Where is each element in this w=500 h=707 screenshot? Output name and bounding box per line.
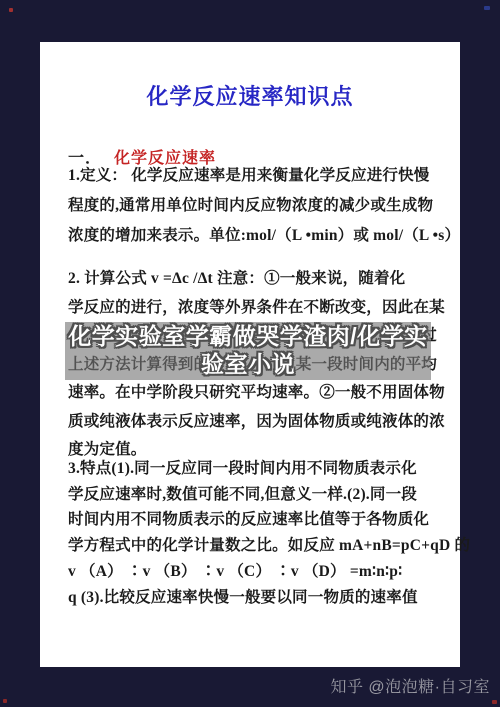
document-title: 化学反应速率知识点 [40,84,460,110]
body-line: 学反应速率时,数值可能不同,但意义一样.(2).同一段 [68,482,437,508]
corner-artifact [3,699,7,703]
body-line: q (3).比较反应速率快慢一般要以同一物质的速率值 [68,585,437,611]
corner-artifact [492,700,497,704]
body-line: v （A） ∶v （B） ∶v （C） ∶v （D） =m∶n∶p∶ [68,559,437,585]
body-line: 时间内用不同物质表示的反应速率比值等于各物质化 [68,507,437,533]
corner-artifact [9,8,13,12]
body-line: 3.特点(1).同一反应同一段时间内用不同物质表示化 [68,456,437,482]
paragraph-definition: 1.定义： 化学反应速率是用来衡量化学反应进行快慢 程度的,通常用单位时间内反应… [68,161,437,251]
watermark-overlay-text: 化学实验室学霸做哭学渣肉/化学实 验室小说 [58,322,438,378]
body-line: 2. 计算公式 v =Δc /Δt 注意：①一般来说，随着化 [68,265,437,294]
body-line: 学方程式中的化学计量数之比。如反应 mA+nB=pC+qD 的 [68,533,437,559]
body-line: 浓度的增加来表示。单位:mol/（L •min）或 mol/（L •s） [68,221,437,251]
corner-artifact [484,6,490,10]
body-line: 学反应的进行，浓度等外界条件在不断改变，因此在某 [68,294,437,323]
zhihu-attribution: 知乎 @泡泡糖·自习室 [330,674,490,697]
body-line: 速率。在中学阶段只研究平均速率。②一般不用固体物 [68,379,437,408]
document-page: 化学反应速率知识点 一．化学反应速率 1.定义： 化学反应速率是用来衡量化学反应… [40,42,460,667]
paragraph-features: 3.特点(1).同一反应同一段时间内用不同物质表示化 学反应速率时,数值可能不同… [68,456,437,610]
body-line: 程度的,通常用单位时间内反应物浓度的减少或生成物 [68,191,437,221]
body-line: 1.定义： 化学反应速率是用来衡量化学反应进行快慢 [68,161,437,191]
body-line: 质或纯液体表示反应速率，因为固体物质或纯液体的浓 [68,408,437,437]
framed-screenshot: 化学反应速率知识点 一．化学反应速率 1.定义： 化学反应速率是用来衡量化学反应… [0,0,500,707]
watermark-overlay-line: 验室小说 [58,350,438,378]
watermark-overlay-line: 化学实验室学霸做哭学渣肉/化学实 [58,322,438,350]
